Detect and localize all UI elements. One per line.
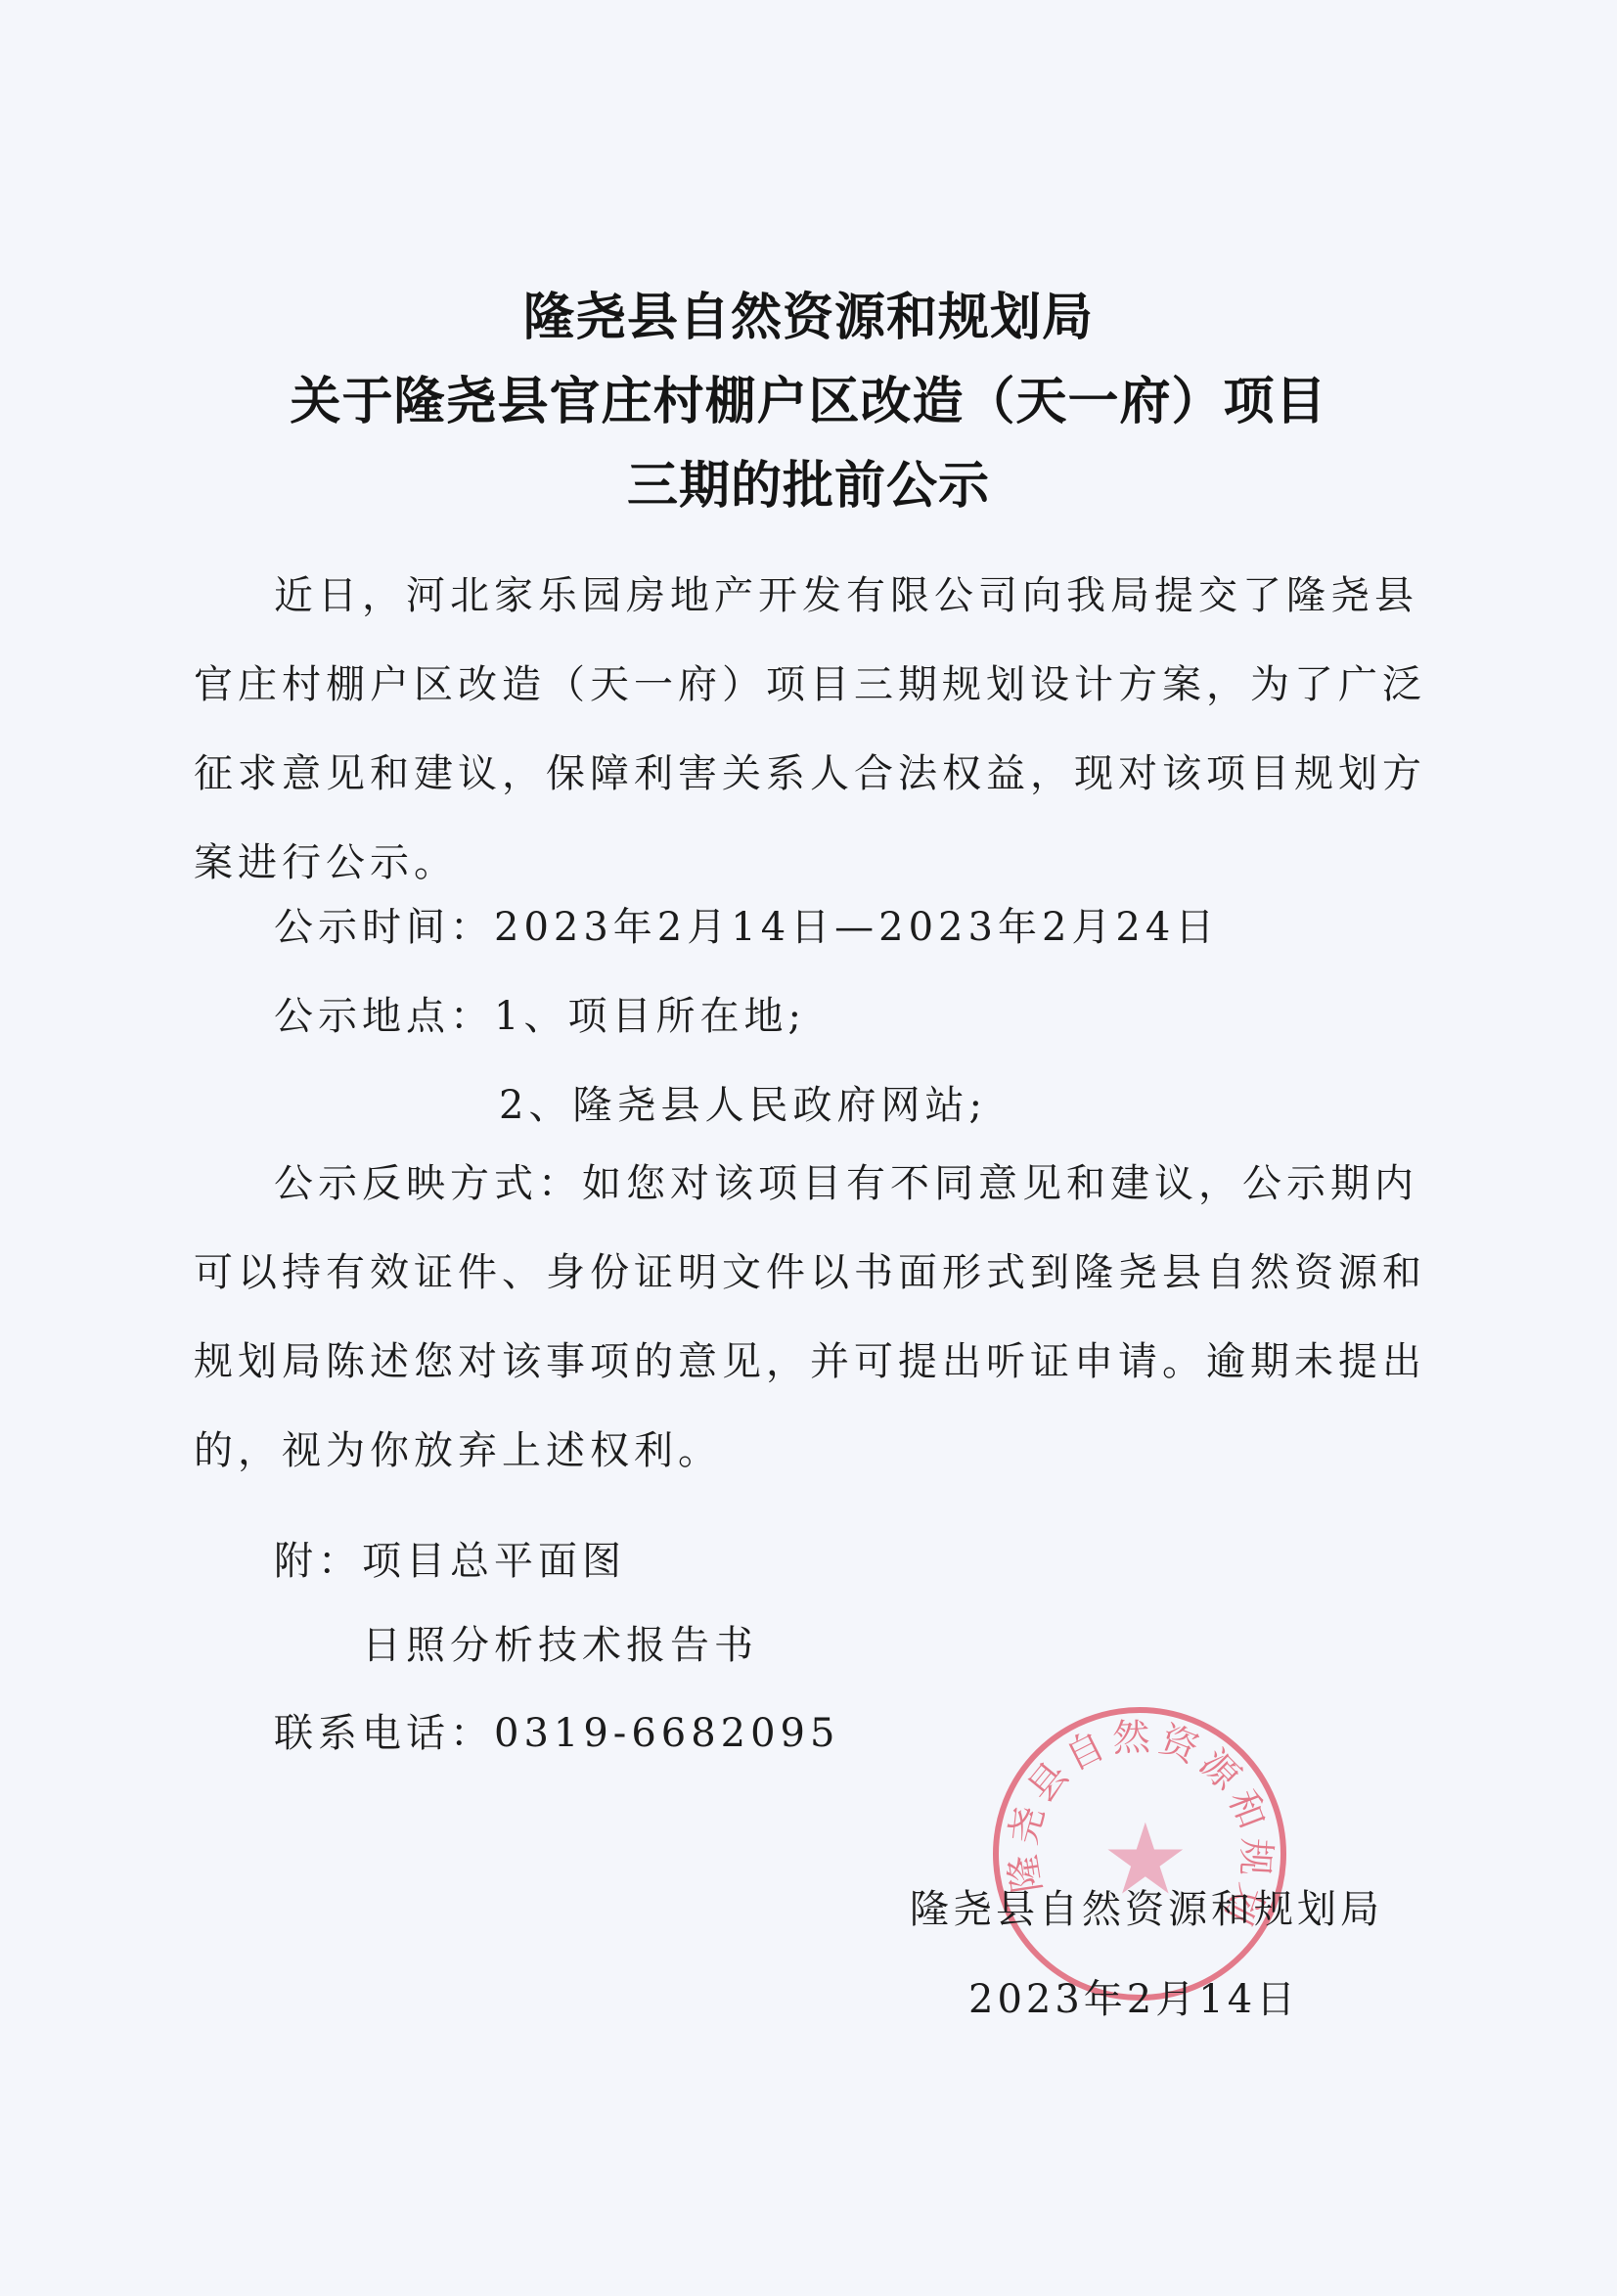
notice-location: 公示地点：1、项目所在地; [274, 993, 806, 1040]
notice-time-value: 2023年2月14日—2023年2月24日 [494, 905, 1219, 950]
attachment-item-1: 项目总平面图 [362, 1539, 626, 1584]
signature-org: 隆尧县自然资源和规划局 [910, 1878, 1383, 1934]
signature-date: 2023年2月14日 [968, 1968, 1299, 2024]
intro-line-3: 征求意见和建议，保障利害关系人合法权益，现对该项目规划方 [194, 750, 1426, 797]
notice-location-item-2: 2、隆尧县人民政府网站; [499, 1082, 987, 1129]
intro-line-4: 案进行公示。 [194, 839, 458, 886]
document-page: 隆尧县自然资源和规划局 关于隆尧县官庄村棚户区改造（天一府）项目 三期的批前公示… [0, 0, 1617, 2296]
contact: 联系电话：0319-6682095 [274, 1710, 839, 1757]
feedback-line-3: 规划局陈述您对该事项的意见，并可提出听证申请。逾期未提出 [194, 1338, 1426, 1385]
intro-line-1: 近日，河北家乐园房地产开发有限公司向我局提交了隆尧县 [274, 572, 1418, 619]
contact-label: 联系电话： [274, 1711, 494, 1756]
title-line-3: 三期的批前公示 [0, 444, 1617, 518]
feedback-line-1: 公示反映方式：如您对该项目有不同意见和建议，公示期内 [274, 1160, 1418, 1207]
notice-location-item-1: 1、项目所在地; [494, 994, 806, 1039]
feedback-line-2: 可以持有效证件、身份证明文件以书面形式到隆尧县自然资源和 [194, 1249, 1426, 1296]
title-line-2: 关于隆尧县官庄村棚户区改造（天一府）项目 [0, 360, 1617, 433]
notice-time-label: 公示时间： [274, 905, 494, 950]
attachments: 附：项目总平面图 [274, 1538, 626, 1585]
feedback-line-4: 的，视为你放弃上述权利。 [194, 1427, 722, 1474]
notice-time: 公示时间：2023年2月14日—2023年2月24日 [274, 904, 1219, 951]
attachments-label: 附： [274, 1539, 362, 1584]
attachment-item-2: 日照分析技术报告书 [362, 1622, 758, 1669]
notice-location-label: 公示地点： [274, 994, 494, 1039]
title-line-1: 隆尧县自然资源和规划局 [0, 276, 1617, 349]
official-seal: 隆尧县自然资源和规划局 ★ [993, 1707, 1286, 2001]
contact-phone: 0319-6682095 [494, 1711, 839, 1756]
intro-line-2: 官庄村棚户区改造（天一府）项目三期规划设计方案，为了广泛 [194, 661, 1426, 708]
